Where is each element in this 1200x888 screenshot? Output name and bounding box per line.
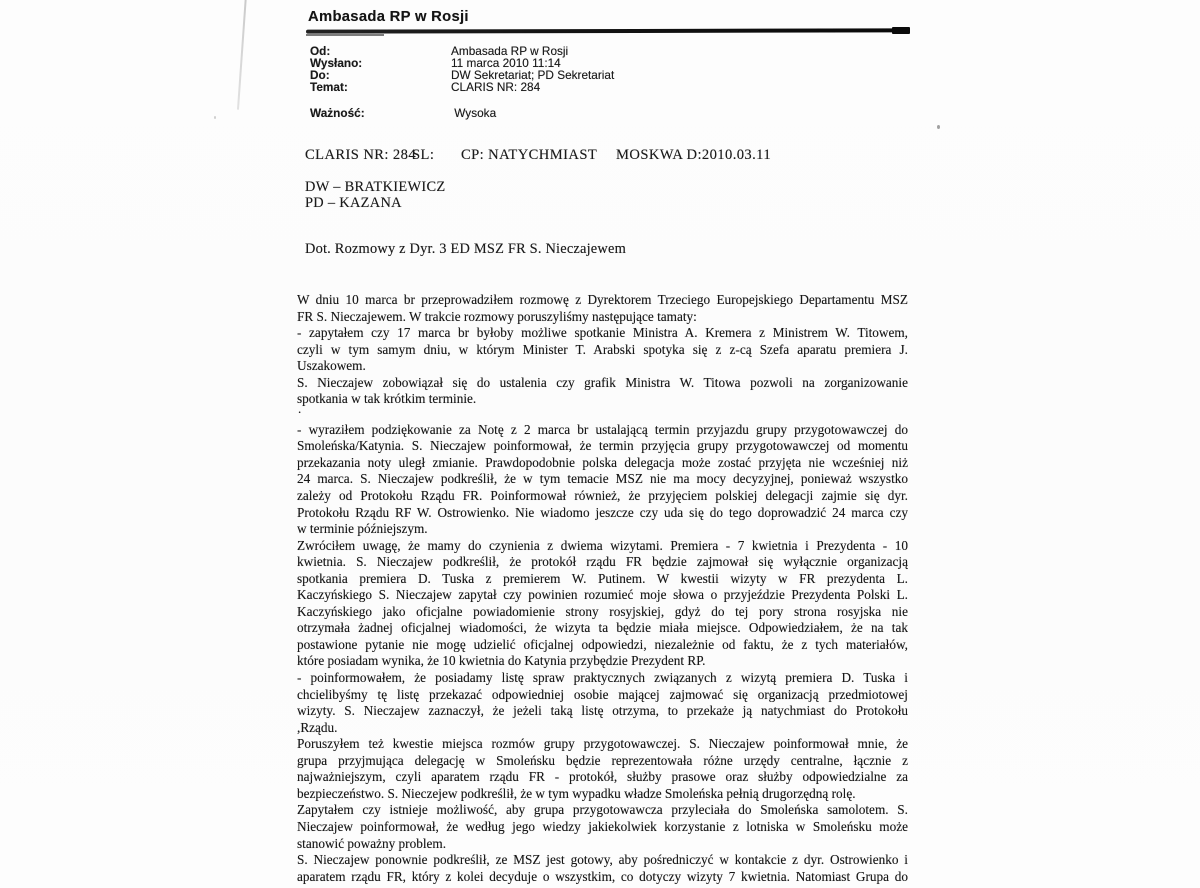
scan-artifact-dot: . <box>298 401 301 418</box>
body-paragraph: Zwróciłem uwagę, że mamy do czynienia z … <box>297 538 908 670</box>
body-line: czyli w tym samym dniu, w którym Ministe… <box>297 342 908 359</box>
scan-artifact-speck <box>214 116 216 119</box>
body-line: które posiadam wynika, że 10 kwietnia do… <box>297 653 908 670</box>
body-line: W dniu 10 marca br przeprowadziłem rozmo… <box>297 292 908 309</box>
body-line: S. Nieczajew ponownie podkreślił, ze MSZ… <box>297 852 908 869</box>
body-line: Poruszyłem też kwestie miejsca rozmów gr… <box>297 736 908 753</box>
scan-artifact-line <box>237 0 247 110</box>
paragraph-gap: . <box>297 408 908 422</box>
body-line: kwietnia. S. Nieczajew podkreślił, że pr… <box>297 554 908 571</box>
importance-label: Ważność: <box>310 108 451 120</box>
body-line: zależy od Protokołu Rządu FR. Poinformow… <box>297 488 908 505</box>
scan-artifact-speck <box>937 125 940 129</box>
document-page: Ambasada RP w Rosji Od:Ambasada RP w Ros… <box>0 0 1200 888</box>
recipient-line: PD – KAZANA <box>305 195 445 211</box>
subject-line: Dot. Rozmowy z Dyr. 3 ED MSZ FR S. Niecz… <box>305 241 626 258</box>
body-line: Zapytałem czy istnieje możliwość, aby gr… <box>297 802 908 819</box>
recipient-line: DW – BRATKIEWICZ <box>305 179 445 195</box>
document-body: W dniu 10 marca br przeprowadziłem rozmo… <box>297 292 908 885</box>
body-line: bezpieczeństwo. S. Nieczejew podkreślił,… <box>297 786 908 803</box>
body-line: spotkania premiera D. Tuska z premierem … <box>297 571 908 588</box>
body-line: Zwróciłem uwagę, że mamy do czynienia z … <box>297 538 908 555</box>
letterhead-rule-echo <box>306 34 384 36</box>
header-field-value: CLARIS NR: 284 <box>451 80 540 94</box>
body-paragraph: Zapytałem czy istnieje możliwość, aby gr… <box>297 802 908 852</box>
body-line: postawione pytanie nie mogę udzielić ofi… <box>297 637 908 654</box>
letterhead-rule-end <box>892 27 910 34</box>
body-line: stanowić poważny problem. <box>297 836 908 853</box>
claris-number: CLARIS NR: 284 <box>305 147 416 164</box>
body-line: 24 marca. S. Nieczajew podkreślił, że w … <box>297 471 908 488</box>
body-line: Uszakowem. <box>297 358 908 375</box>
body-line: - wyraziłem podziękowanie za Notę z 2 ma… <box>297 422 908 439</box>
letterhead-rule <box>306 28 908 33</box>
body-line: Kaczyńskiego S. Nieczajew zapytał czy po… <box>297 587 908 604</box>
claris-city-date: MOSKWA D:2010.03.11 <box>616 147 771 164</box>
body-paragraph: - wyraziłem podziękowanie za Notę z 2 ma… <box>297 422 908 538</box>
body-line: Kaczyńskiego jako oficjalne powiadomieni… <box>297 604 908 621</box>
body-line: grupa przyjmująca delegację w Smoleńsku … <box>297 753 908 770</box>
email-header-fields: Od:Ambasada RP w RosjiWysłano:11 marca 2… <box>310 46 614 94</box>
letterhead-title: Ambasada RP w Rosji <box>308 9 469 25</box>
body-line: ,Rządu. <box>297 720 908 737</box>
claris-priority: CP: NATYCHMIAST <box>461 147 597 164</box>
importance-row: Ważność: Wysoka <box>310 108 496 120</box>
header-field-row: Temat:CLARIS NR: 284 <box>310 82 614 94</box>
body-line: przekazania noty uległ zmianie. Prawdopo… <box>297 455 908 472</box>
body-line: aparatem rządu FR, który z kolei decyduj… <box>297 869 908 886</box>
claris-sl: SL: <box>412 147 434 164</box>
body-paragraph: - poinformowałem, że posiadamy listę spr… <box>297 670 908 736</box>
header-field-label: Temat: <box>310 82 451 94</box>
body-line: w terminie późniejszym. <box>297 521 908 538</box>
body-line: - zapytałem czy 17 marca br byłoby możli… <box>297 325 908 342</box>
body-line: Smoleńska/Katynia. S. Nieczajew poinform… <box>297 438 908 455</box>
body-paragraph: Poruszyłem też kwestie miejsca rozmów gr… <box>297 736 908 802</box>
body-line: Nieczajew poinformował, że według jego w… <box>297 819 908 836</box>
body-line: Protokołu Rządu RF W. Ostrowienko. Nie w… <box>297 505 908 522</box>
body-line: FR S. Nieczajewem. W trakcie rozmowy por… <box>297 309 908 326</box>
body-line: spotkania w tak krótkim terminie. <box>297 391 908 408</box>
body-line: S. Nieczajew zobowiązał się do ustalenia… <box>297 375 908 392</box>
body-paragraph: S. Nieczajew ponownie podkreślił, ze MSZ… <box>297 852 908 885</box>
body-line: otrzymała żadnej oficjalnej wiadomości, … <box>297 620 908 637</box>
body-line: chcielibyśmy tę listę przekazać odpowied… <box>297 687 908 704</box>
body-line: wizyty. S. Nieczajew zaznaczył, że jeżel… <box>297 703 908 720</box>
recipients-list: DW – BRATKIEWICZPD – KAZANA <box>305 179 445 212</box>
body-paragraph: W dniu 10 marca br przeprowadziłem rozmo… <box>297 292 908 408</box>
header-field-label: Wysłano: <box>310 58 451 70</box>
body-line: - poinformowałem, że posiadamy listę spr… <box>297 670 908 687</box>
body-line: najważniejszym, czyli aparatem rządu FR … <box>297 769 908 786</box>
importance-value: Wysoka <box>454 106 496 120</box>
